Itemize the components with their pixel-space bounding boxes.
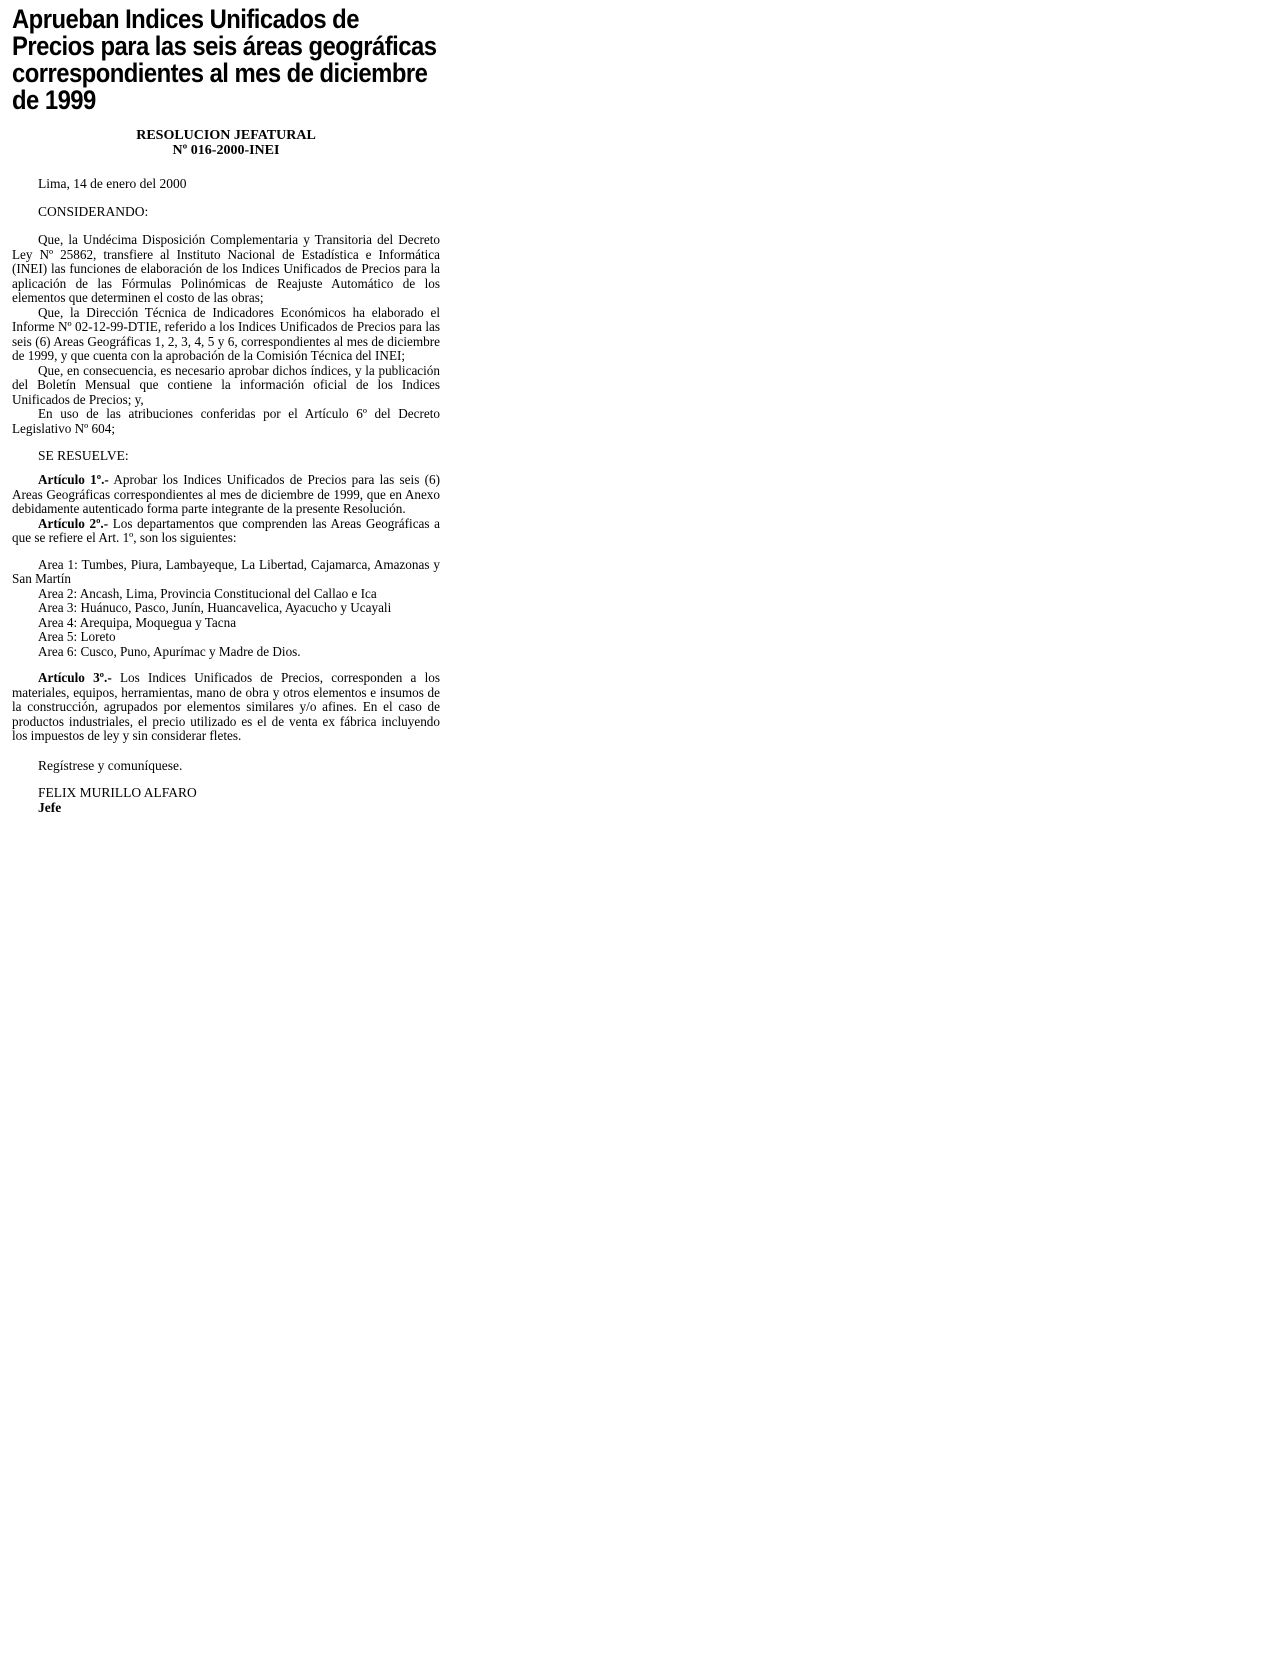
- date-line: Lima, 14 de enero del 2000: [38, 176, 440, 191]
- area-item: Area 6: Cusco, Puno, Apurímac y Madre de…: [12, 645, 440, 660]
- area-item: Area 3: Huánuco, Pasco, Junín, Huancavel…: [12, 601, 440, 616]
- se-resuelve-heading: SE RESUELVE:: [38, 448, 440, 463]
- article-label: Artículo 1º.-: [38, 472, 109, 487]
- considerando-heading: CONSIDERANDO:: [38, 204, 440, 219]
- article-3: Artículo 3º.- Los Indices Unificados de …: [12, 671, 440, 744]
- area-item: Area 1: Tumbes, Piura, Lambayeque, La Li…: [12, 558, 440, 587]
- article-label: Artículo 2º.-: [38, 516, 108, 531]
- headline: Aprueban Indices Unificados de Precios p…: [12, 6, 440, 114]
- signatory-name: FELIX MURILLO ALFARO: [38, 785, 440, 800]
- article-1: Artículo 1º.- Aprobar los Indices Unific…: [12, 473, 440, 517]
- signature-block: FELIX MURILLO ALFARO Jefe: [38, 785, 440, 815]
- considerando-paragraph: Que, la Dirección Técnica de Indicadores…: [12, 306, 440, 364]
- considerando-paragraph: Que, la Undécima Disposición Complementa…: [12, 233, 440, 306]
- considerando-paragraph: En uso de las atribuciones conferidas po…: [12, 407, 440, 436]
- area-item: Area 5: Loreto: [12, 630, 440, 645]
- signatory-title: Jefe: [38, 800, 440, 815]
- document-column: Aprueban Indices Unificados de Precios p…: [12, 6, 440, 815]
- resolution-type: RESOLUCION JEFATURAL: [12, 128, 440, 143]
- article-2: Artículo 2º.- Los departamentos que comp…: [12, 517, 440, 546]
- article-label: Artículo 3º.-: [38, 670, 112, 685]
- area-item: Area 4: Arequipa, Moquegua y Tacna: [12, 616, 440, 631]
- resolution-number: Nº 016-2000-INEI: [12, 143, 440, 158]
- area-item: Area 2: Ancash, Lima, Provincia Constitu…: [12, 587, 440, 602]
- resolution-header: RESOLUCION JEFATURAL Nº 016-2000-INEI: [12, 128, 440, 158]
- closing-line: Regístrese y comuníquese.: [38, 758, 440, 773]
- considerando-paragraph: Que, en consecuencia, es necesario aprob…: [12, 364, 440, 408]
